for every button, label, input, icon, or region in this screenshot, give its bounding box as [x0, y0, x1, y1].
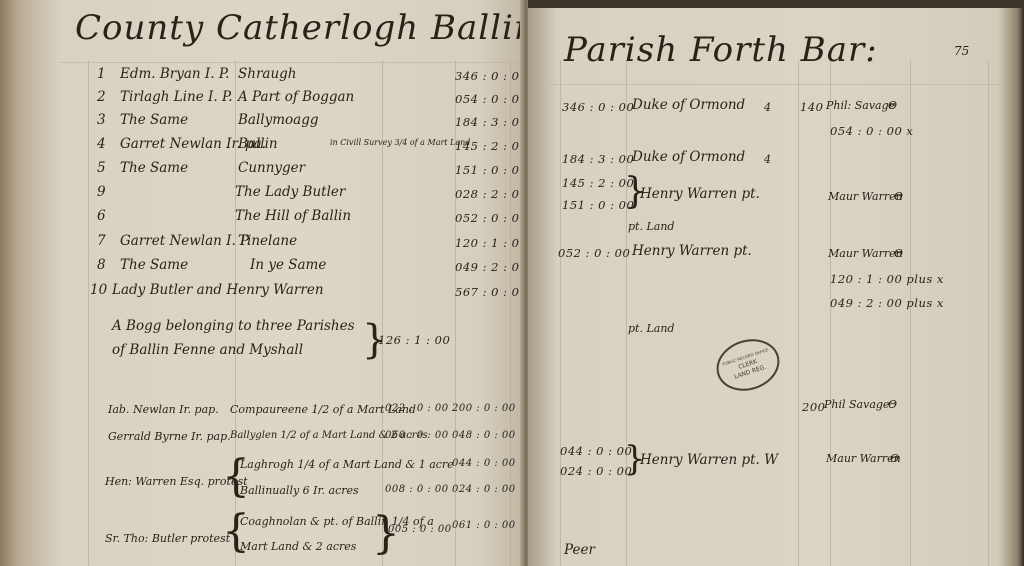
row-acres: 151 : 0 : 00 — [455, 163, 526, 177]
ledger-spread: County Catherlogh Ballin 1 Edm. Bryan I.… — [0, 0, 1024, 566]
row-acres: 054 : 0 : 00 — [455, 92, 526, 106]
right-name: 054 : 0 : 00 x — [830, 124, 913, 138]
protest-claimant: Gerrald Byrne Ir. pap. — [108, 430, 231, 443]
row-denomination: The Lady Butler — [235, 184, 345, 200]
symbol: Θ — [894, 247, 903, 260]
row-no: 7 — [97, 233, 106, 249]
row-acres: 346 : 0 : 00 — [455, 69, 526, 83]
row-acres: 567 : 0 : 00 — [455, 285, 526, 299]
row-denomination: A Part of Boggan — [238, 89, 354, 105]
grantee: Duke of Ormond — [632, 149, 745, 165]
protest-land: Ballinually 6 Ir. acres — [240, 484, 359, 497]
row-denomination: The Hill of Ballin — [235, 208, 351, 224]
symbol: Θ — [894, 190, 903, 203]
right-name: 049 : 2 : 00 plus x — [830, 296, 944, 310]
grantee: Henry Warren pt. W — [640, 452, 778, 468]
grantee: Henry Warren pt. — [632, 243, 752, 259]
protest-acres-2a: 044 : 0 : 00 — [452, 458, 516, 469]
protest-acres-1: 022 : 0 : 00 — [385, 403, 449, 414]
grantee: Duke of Ormond — [632, 97, 745, 113]
row-acres: 028 : 2 : 00 — [455, 187, 526, 201]
row-proprietor: Tirlagh Line I. P. — [120, 89, 233, 105]
acres: 044 : 0 : 00 — [560, 444, 632, 458]
protest-land: Laghrogh 1/4 of a Mart Land & 1 acre — [240, 458, 454, 471]
protest-acres-2: 200 : 0 : 00 — [452, 403, 516, 414]
right-name: 120 : 1 : 00 plus x — [830, 272, 944, 286]
bogg-note-line1: A Bogg belonging to three Parishes — [112, 318, 355, 334]
row-acres: 120 : 1 : 00 — [455, 236, 526, 250]
page-number: 75 — [954, 44, 969, 58]
right-name: Maur Warren — [828, 190, 903, 203]
mark: 4 — [764, 101, 771, 114]
row-acres: 049 : 2 : 00 — [455, 260, 526, 274]
row-no: 2 — [97, 89, 106, 105]
right-name: Maur Warren — [828, 247, 903, 260]
protest-land: Mart Land & 2 acres — [240, 540, 356, 553]
row-acres: 145 : 2 : 00 — [455, 139, 526, 153]
protest-acres-1: 008 : 0 : 00 — [385, 484, 449, 495]
footer-mark: Peer — [564, 542, 595, 558]
symbol: Θ — [888, 398, 897, 411]
row-denomination: Ballin — [238, 136, 278, 152]
protest-acres-1: 060 : 0 : 00 — [385, 430, 449, 441]
protest-claimant: Sr. Tho: Butler protest — [105, 532, 230, 545]
protest-acres-2: 061 : 0 : 00 — [452, 520, 516, 531]
right-acres: 200 — [802, 400, 825, 414]
row-proprietor: The Same — [120, 112, 188, 128]
row-denomination: Shraugh — [238, 66, 296, 82]
row-proprietor: The Same — [120, 160, 188, 176]
acres: 184 : 3 : 00 — [562, 152, 634, 166]
symbol: Θ — [890, 452, 899, 465]
row-proprietor: Edm. Bryan I. P. — [120, 66, 229, 82]
left-page: County Catherlogh Ballin 1 Edm. Bryan I.… — [0, 0, 526, 566]
right-name: Phil Savage — [824, 398, 889, 411]
right-acres: 140 — [800, 100, 823, 114]
acres: 346 : 0 : 00 — [562, 100, 634, 114]
row-no: 10 — [90, 282, 107, 298]
protest-claimant: Iab. Newlan Ir. pap. — [108, 403, 219, 416]
right-page: Parish Forth Bar: 75 346 : 0 : 00 Duke o… — [528, 0, 1024, 566]
mark: 4 — [764, 153, 771, 166]
protest-acres-2: 048 : 0 : 00 — [452, 430, 516, 441]
bogg-note-line2: of Ballin Fenne and Myshall — [112, 342, 303, 358]
left-page-title: County Catherlogh Ballin — [75, 8, 526, 48]
acres: 024 : 0 : 00 — [560, 464, 632, 478]
row-denomination: In ye Same — [250, 257, 326, 273]
symbol: Θ — [888, 99, 897, 112]
cover-edge — [528, 0, 1024, 8]
grantee: pt. Land — [628, 322, 674, 335]
protest-acres-2b: 024 : 0 : 00 — [452, 484, 516, 495]
row-denomination: Cunnyger — [238, 160, 305, 176]
acres: 052 : 0 : 00 — [558, 246, 630, 260]
right-page-title: Parish Forth Bar: — [564, 30, 878, 70]
row-no: 9 — [97, 184, 106, 200]
grantee: Henry Warren pt. — [640, 186, 760, 202]
row-no: 6 — [97, 208, 106, 224]
row-no: 5 — [97, 160, 106, 176]
row-denomination: Tinelane — [238, 233, 297, 249]
grantee: pt. Land — [628, 220, 674, 233]
protest-acres-1: 005 : 0 : 00 — [388, 524, 452, 535]
bogg-acres: 126 : 1 : 00 — [378, 333, 450, 347]
row-no: 1 — [97, 66, 106, 82]
right-name: Phil: Savage — [826, 99, 895, 112]
row-no: 3 — [97, 112, 106, 128]
row-note: in Civill Survey 3/4 of a Mart Land — [330, 138, 470, 147]
row-no: 4 — [97, 136, 106, 152]
row-acres: 052 : 0 : 00 — [455, 211, 526, 225]
row-no: 8 — [97, 257, 106, 273]
row-proprietor: Garret Newlan I. P. — [120, 233, 251, 249]
row-acres: 184 : 3 : 00 — [455, 115, 526, 129]
row-denomination: Ballymoagg — [238, 112, 319, 128]
row-proprietor: Lady Butler and Henry Warren — [112, 282, 324, 298]
row-proprietor: The Same — [120, 257, 188, 273]
